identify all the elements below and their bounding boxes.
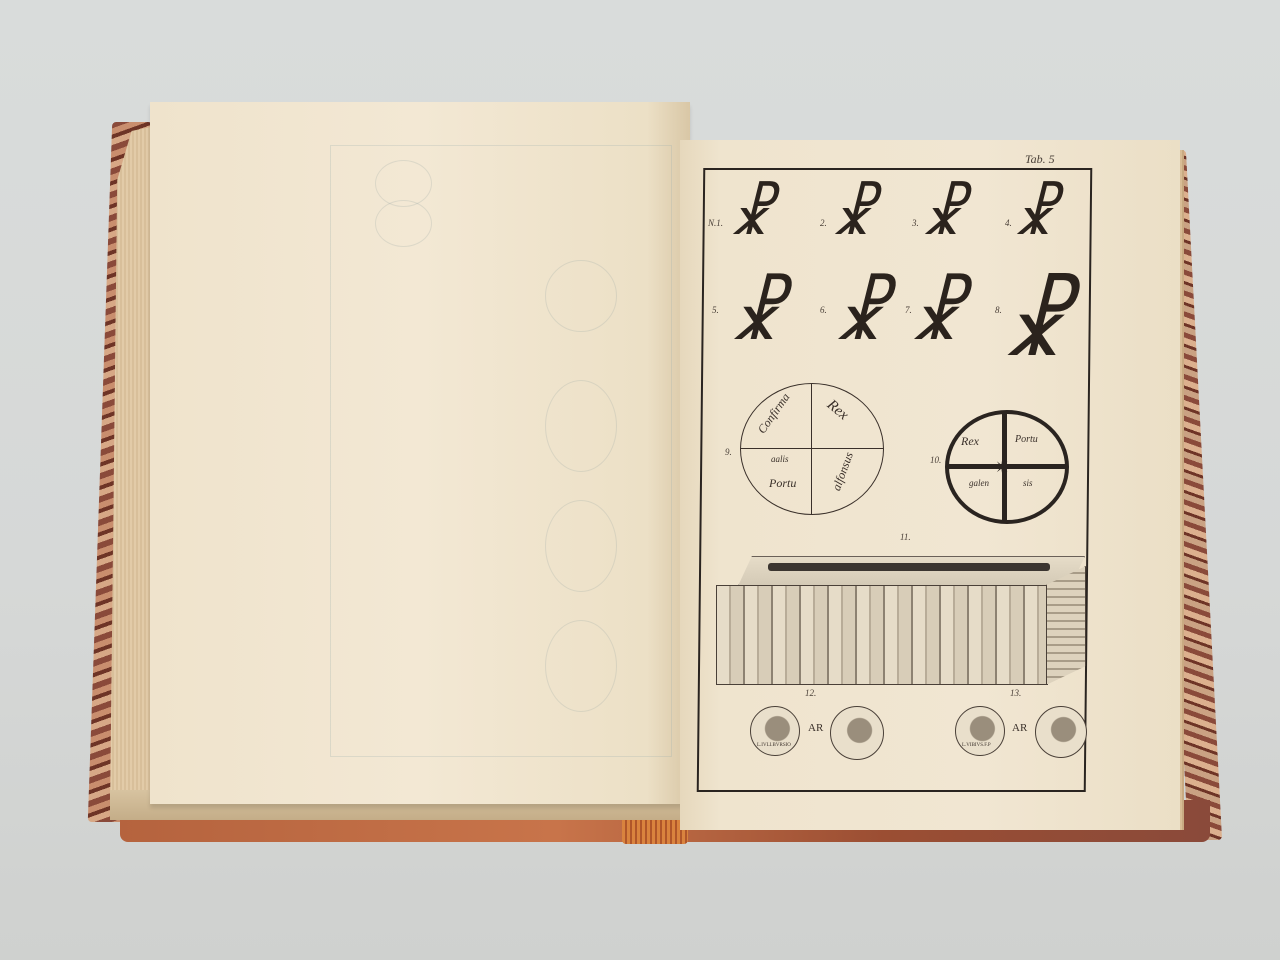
figure-number: 12. — [805, 688, 816, 698]
figure-number: 13. — [1010, 688, 1021, 698]
figure-number: N.1. — [708, 218, 723, 228]
plate-tab-label: Tab. 5 — [1025, 152, 1055, 167]
coin-obverse-head — [1035, 706, 1087, 758]
christogram-4: ☧ — [1012, 180, 1057, 248]
figure-number: 6. — [820, 305, 827, 315]
inscribed-circle-10: Rex Portu galen sis ✴ — [945, 410, 1069, 524]
inscription-word: Portu — [769, 476, 796, 491]
coin-legend: L.IVLI.BVRSIO — [757, 743, 791, 748]
inscribed-circle-9: Confirma Rex aalis Portu alfonsus — [740, 383, 884, 515]
christogram-3: ☧ — [920, 180, 965, 248]
figure-number: 10. — [930, 455, 941, 465]
inscription-word: Rex — [823, 397, 851, 424]
coin-obverse-head — [830, 706, 884, 760]
inscription-word: sis — [1023, 478, 1033, 488]
inscription-word: alfonsus — [829, 450, 857, 493]
coin-reverse-chariot: L.VIBIVS.F.P — [955, 706, 1005, 756]
inscription-word: Rex — [961, 434, 979, 449]
christogram-6: ☧ — [832, 272, 888, 357]
inscription-word: galen — [969, 478, 989, 488]
coin-legend: L.VIBIVS.F.P — [962, 743, 991, 748]
coin-reverse-chariot: L.IVLI.BVRSIO — [750, 706, 800, 756]
sarcophagus-side-relief — [1046, 566, 1086, 685]
inscription-word: aalis — [771, 454, 789, 464]
show-through-mark — [545, 260, 617, 332]
christogram-1: ☧ — [728, 180, 773, 248]
sarcophagus-slot — [768, 563, 1050, 571]
figure-number: 11. — [900, 532, 911, 542]
show-through-mark — [545, 620, 617, 712]
metal-mark: AR — [1012, 722, 1027, 734]
sarcophagus-lid — [738, 556, 1085, 586]
christogram-2: ☧ — [830, 180, 875, 248]
inscription-word: Portu — [1015, 434, 1038, 445]
sarcophagus-relief-figures — [716, 585, 1048, 685]
figure-number: 5. — [712, 305, 719, 315]
show-through-mark — [545, 500, 617, 592]
figure-number: 2. — [820, 218, 827, 228]
christogram-8: ☧ — [1000, 272, 1071, 377]
christogram-5: ☧ — [728, 272, 784, 357]
christogram-7: ☧ — [908, 272, 964, 357]
show-through-mark — [545, 380, 617, 472]
figure-number: 4. — [1005, 218, 1012, 228]
figure-number: 3. — [912, 218, 919, 228]
star-emblem-icon: ✴ — [994, 455, 1011, 480]
metal-mark: AR — [808, 722, 823, 734]
show-through-mark — [375, 200, 432, 247]
figure-number: 9. — [725, 447, 732, 457]
